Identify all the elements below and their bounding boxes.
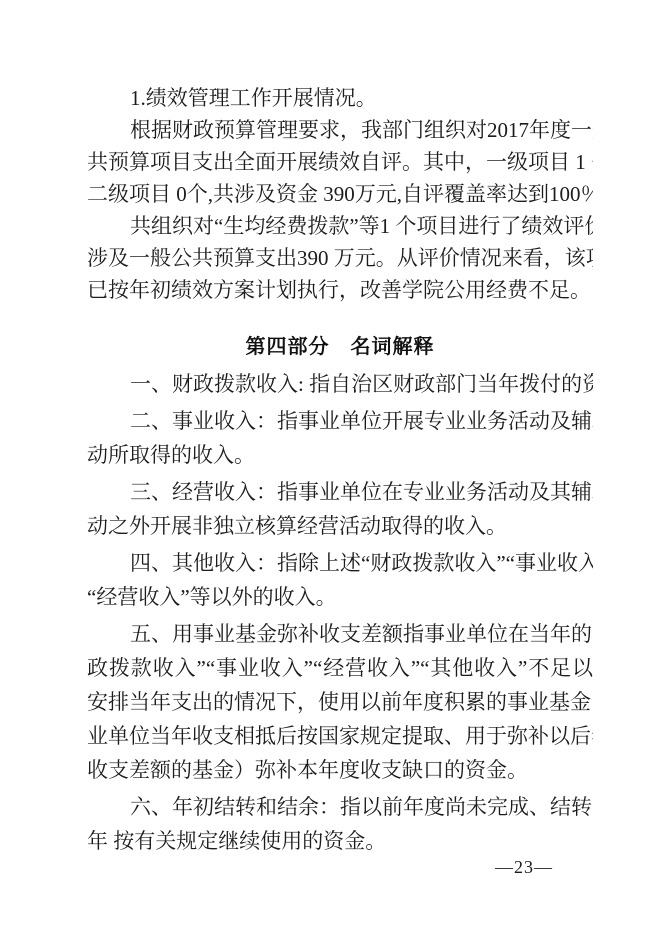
performance-section: 1.绩效管理工作开展情况。 根据财政预算管理要求，我部门组织对2017年度一般公… [87, 82, 593, 306]
text-line: 根据财政预算管理要求，我部门组织对2017年度一般公 [87, 114, 593, 146]
glossary-term-operational-income: 二、事业收入：指事业单位开展专业业务活动及辅助活 动所取得的收入。 [87, 404, 593, 472]
text-line: 年 按有关规定继续使用的资金。 [87, 824, 593, 858]
text-line: “经营收入”等以外的收入。 [87, 580, 593, 614]
text-line: 六、年初结转和结余：指以前年度尚未完成、结转到本 [87, 790, 593, 824]
text-block: 1.绩效管理工作开展情况。 根据财政预算管理要求，我部门组织对2017年度一般公… [87, 82, 593, 858]
text-line: 三、经营收入：指事业单位在专业业务活动及其辅助活 [87, 475, 593, 509]
text-line: 安排当年支出的情况下，使用以前年度积累的事业基金（事 [87, 685, 593, 719]
text-line: 五、用事业基金弥补收支差额指事业单位在当年的“财 [87, 617, 593, 651]
item-title: 1.绩效管理工作开展情况。 [87, 82, 593, 114]
text-line: 二级项目 0个,共涉及资金 390万元,自评覆盖率达到100％。 [87, 178, 593, 210]
glossary-term-carryover: 六、年初结转和结余：指以前年度尚未完成、结转到本 年 按有关规定继续使用的资金。 [87, 790, 593, 858]
document-page: 1.绩效管理工作开展情况。 根据财政预算管理要求，我部门组织对2017年度一般公… [0, 0, 670, 947]
glossary-term-fiscal-appropriation: 一、财政拨款收入: 指自治区财政部门当年拨付的资金。 [87, 367, 593, 401]
text-line: 政拨款收入”“事业收入”“经营收入”“其他收入”不足以 [87, 651, 593, 685]
section-heading: 第四部分 名词解释 [87, 330, 593, 364]
text-line: 收支差额的基金）弥补本年度收支缺口的资金。 [87, 753, 593, 787]
glossary-term-business-income: 三、经营收入：指事业单位在专业业务活动及其辅助活 动之外开展非独立核算经营活动取… [87, 475, 593, 543]
text-line: 四、其他收入：指除上述“财政拨款收入”“事业收入” [87, 546, 593, 580]
text-line: 涉及一般公共预算支出390 万元。从评价情况来看，该项目 [87, 242, 593, 274]
text-line: 动所取得的收入。 [87, 438, 593, 472]
text-line: 二、事业收入：指事业单位开展专业业务活动及辅助活 [87, 404, 593, 438]
paragraph-evaluation: 共组织对“生均经费拨款”等1 个项目进行了绩效评价， 涉及一般公共预算支出390… [87, 210, 593, 306]
text-line: 已按年初绩效方案计划执行，改善学院公用经费不足。 [87, 274, 593, 306]
glossary-term-other-income: 四、其他收入：指除上述“财政拨款收入”“事业收入” “经营收入”等以外的收入。 [87, 546, 593, 614]
text-line: 共组织对“生均经费拨款”等1 个项目进行了绩效评价， [87, 210, 593, 242]
page-number: —23— [495, 856, 553, 878]
paragraph-self-evaluation: 根据财政预算管理要求，我部门组织对2017年度一般公 共预算项目支出全面开展绩效… [87, 114, 593, 210]
glossary-section: 一、财政拨款收入: 指自治区财政部门当年拨付的资金。 二、事业收入：指事业单位开… [87, 367, 593, 858]
glossary-term-fund-deficit: 五、用事业基金弥补收支差额指事业单位在当年的“财 政拨款收入”“事业收入”“经营… [87, 617, 593, 787]
text-line: 共预算项目支出全面开展绩效自评。其中，一级项目 1 个， [87, 146, 593, 178]
text-line: 业单位当年收支相抵后按国家规定提取、用于弥补以后年度 [87, 719, 593, 753]
text-line: 动之外开展非独立核算经营活动取得的收入。 [87, 509, 593, 543]
text-line: 一、财政拨款收入: 指自治区财政部门当年拨付的资金。 [87, 367, 593, 401]
